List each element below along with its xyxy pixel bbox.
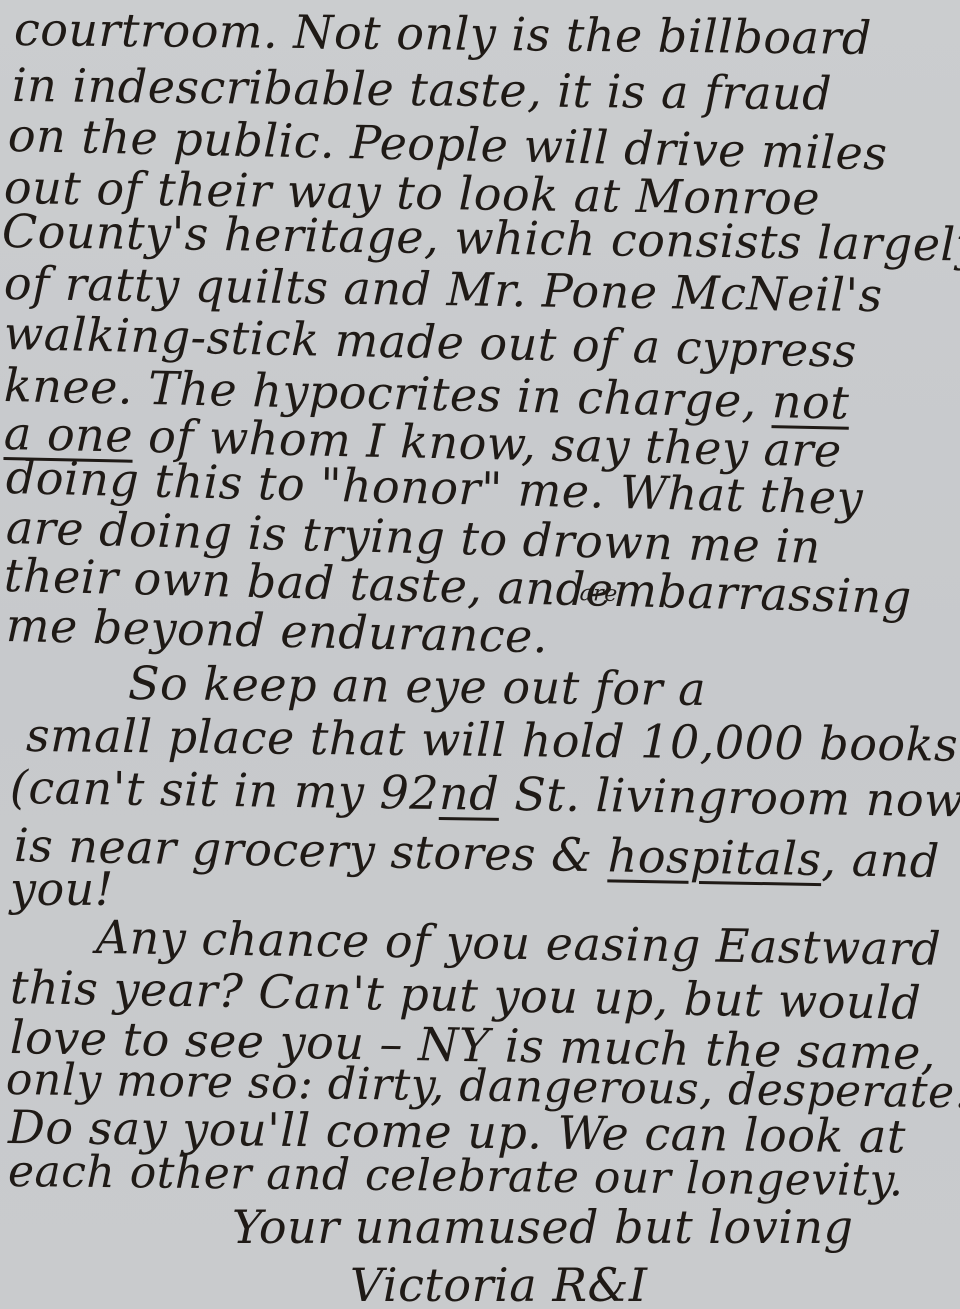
letter-line-17: is near grocery stores & hospitals, and	[14, 818, 941, 888]
letter-line-1: courtroom. Not only is the billboard	[14, 2, 873, 65]
inserted-word: are	[579, 581, 618, 607]
line-16-text-after: St. livingroom now!),	[499, 767, 960, 828]
underlined-hospitals: hospitals	[607, 828, 822, 886]
line-16-text-before: (can't sit in my 92	[10, 760, 440, 820]
letter-line-13: me beyond endurance.	[5, 598, 548, 663]
letter-line-14: So keep an eye out for a	[128, 656, 707, 716]
underlined-nd: nd	[439, 766, 500, 821]
line-12-text-after: embarrassing	[585, 562, 912, 624]
letter-signature: Victoria R&I	[350, 1258, 648, 1309]
letter-closing: Your unamused but loving	[232, 1200, 853, 1254]
letter-line-18: you!	[10, 862, 114, 916]
line-17-text-after: , and	[821, 832, 940, 888]
letter-line-24: each other and celebrate our longevity.	[8, 1146, 904, 1206]
letter-page: courtroom. Not only is the billboard in …	[0, 0, 960, 1309]
